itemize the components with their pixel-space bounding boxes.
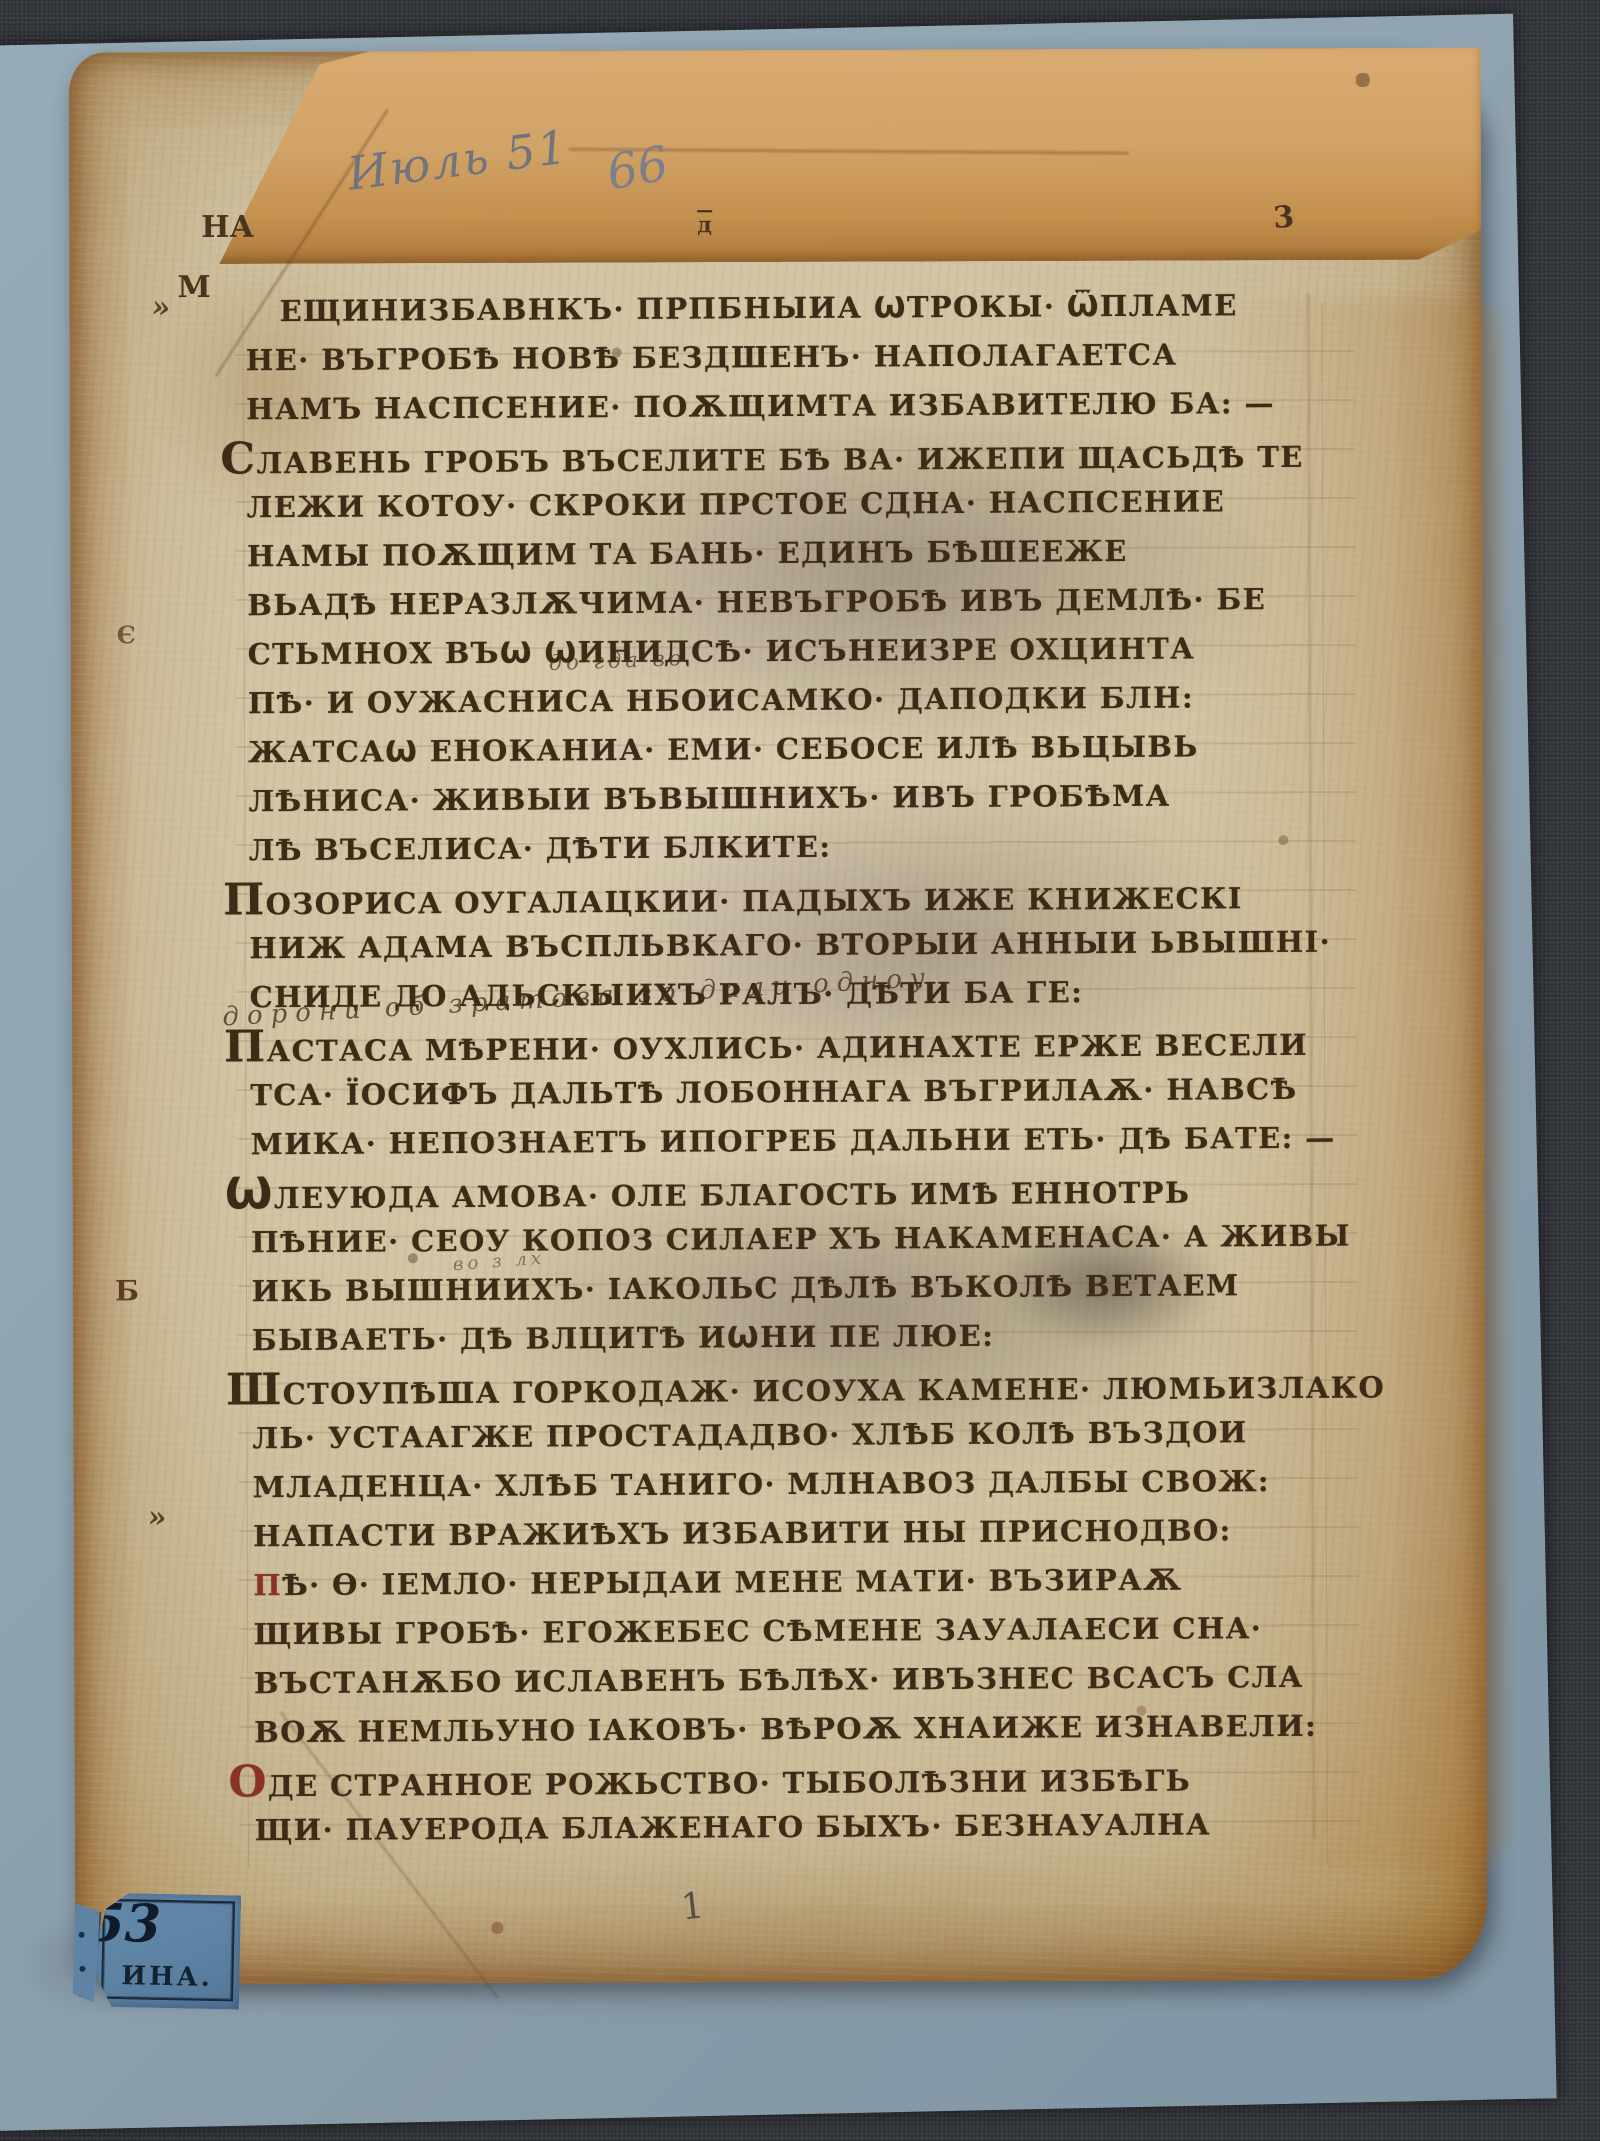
manuscript-line: ЩИ· ПАУЕРОДА БЛАЖЕНАГО БЫХЪ· БЕЗНАУАЛНА [255,1800,1363,1856]
manuscript-line: НЕ· ВЪГРОБѢ НОВѢ БЕЗДШЕНЪ· НАПОЛАГАЕТСА [246,330,1354,386]
text-fragment-na: НА [201,210,254,245]
manuscript-line: ВЪСТАНѪБО ИСЛАВЕНЪ БѢЛѢХ· ИВЪЗНЕС ВСАСЪ … [254,1653,1362,1709]
manuscript-line: ЛѢ ВЪСЕЛИСА· ДѢТИ БЛКИТЕ: [249,820,1357,876]
manuscript-line: НИЖ АДАМА ВЪСПЛЬВКАГО· ВТОРЫИ АННЫИ ЬВЫШ… [249,918,1357,974]
manuscript-line: ЕЩИНИЗБАВНКЪ· ПРПБНЫИА ѠТРОКЫ· ѾПЛАМЕ [279,281,1353,337]
manuscript-line: СТЬМНОХ ВЪѠ ѠИНИДСѢ· ИСЪНЕИЗРЕ ОХЦИНТА [247,624,1355,680]
margin-mark-b: Б [115,1274,139,1307]
text-fragment-m: М [177,270,210,305]
library-label: 53 ИНА. [91,1892,241,2009]
manuscript-line: СНИДЕ ДО АДЬСКЫИХЪ РАЛЪ· ДѢТИ БА ГЕ: [250,967,1358,1023]
margin-chevron-mid: » [146,1499,168,1536]
manuscript-line: НАПАСТИ ВРАЖИѢХЪ ИЗБАВИТИ НЫ ПРИСНОДВО: [253,1506,1361,1562]
folio-number-bottom: 1 [679,1885,706,1928]
label-caption: ИНА. [121,1961,213,1993]
manuscript-line: ПОЗОРИСА ОУГАЛАЦКИИ· ПАДЫХЪ ИЖЕ КНИЖЕСКI [249,869,1357,925]
manuscript-line: ВЬАДѢ НЕРАЗЛѪЧИМА· НЕВЪГРОБѢ ИВЪ ДЕМЛѢ· … [247,575,1355,631]
manuscript-line: СЛАВЕНЬ ГРОБЪ ВЪСЕЛИТЕ БѢ ВА· ИЖЕПИ ЩАСЬ… [246,428,1354,484]
manuscript-line: ТСА· ЇОСИФЪ ДАЛЬТѢ ЛОБОННАГА ВЪГРИЛАѪ· Н… [250,1065,1358,1121]
manuscript-line: ПѢ· Ѳ· IЕМЛО· НЕРЫДАИ МЕНЕ МАТИ· ВЪЗИРАѪ [253,1555,1361,1611]
manuscript-line: ОДЕ СТРАННОЕ РОЖЬСТВО· ТЫБОЛѢЗНИ ИЗБѢГЬ [254,1751,1362,1807]
parchment-page: Июль 51 66 НА М » Є Б » д 3 1 до гда во … [69,48,1488,1985]
folio-number-top-right: 3 [1272,200,1295,236]
margin-mark-e: Є [117,620,136,649]
ink-specks [69,52,73,56]
manuscript-line: ПАСТАСА МѢРЕНИ· ОУХЛИСЬ· АДИНАХТЕ ЕРЖЕ В… [250,1016,1358,1072]
manuscript-line: ЛѢНИСА· ЖИВЫИ ВЪВЫШНИХЪ· ИВЪ ГРОБѢМА [248,771,1356,827]
manuscript-line: ЖАТСАѠ ЕНОКАНИА· ЕМИ· СЕБОСЕ ИЛѢ ВЬЦЫВЬ [248,722,1356,778]
manuscript-line: НАМЪ НАСПСЕНИЕ· ПОѪЩИМТА ИЗБАВИТЕЛЮ БА: … [246,379,1354,435]
manuscript-line: НАМЫ ПОѪЩИМ ТА БАНЬ· ЕДИНЪ БѢШЕЕЖЕ [247,526,1355,582]
manuscript-line: ВОѪ НЕМЛЬУНО IАКОВЪ· ВѢРОѪ ХНАИЖЕ ИЗНАВЕ… [254,1702,1362,1758]
pencil-number: 66 [603,136,673,202]
manuscript-text-block: ЕЩИНИЗБАВНКЪ· ПРПБНЫИА ѠТРОКЫ· ѾПЛАМЕ НЕ… [245,281,1363,1856]
manuscript-line: ЛЕЖИ КОТОУ· СКРОКИ ПРСТОЕ СДНА· НАСПСЕНИ… [247,477,1355,533]
manuscript-line: ШСТОУПѢША ГОРКОДАЖ· ИСОУХА КАМЕНЕ· ЛЮМЬИ… [252,1359,1360,1415]
manuscript-photo: { "scene": { "background_color": "#33363… [0,0,1600,2141]
superscript-titlo: д [697,210,712,238]
manuscript-line: ПѢНИЕ· СЕОУ КОПОЗ СИЛАЕР ХЪ НАКАМЕНАСА· … [251,1212,1359,1268]
manuscript-line: БЫВАЕТЬ· ДѢ ВЛЦИТѢ ИѠНИ ПЕ ЛЮЕ: [252,1310,1360,1366]
manuscript-line: МИКА· НЕПОЗНАЕТЪ ИПОГРЕБ ДАЛЬНИ ЕТЬ· ДѢ … [250,1114,1358,1170]
margin-chevron-top: » [149,289,172,326]
manuscript-line: ЩИВЫ ГРОБѢ· ЕГОЖЕБЕС СѢМЕНЕ ЗАУАЛАЕСИ СН… [253,1604,1361,1660]
manuscript-line: ѠЛЕУЮДА АМОВА· ОЛЕ БЛАГОСТЬ ИМѢ ЕННОТРЬ [251,1163,1359,1219]
manuscript-line: ПѢ· И ОУЖАСНИСА НБОИСАМКО· ДАПОДКИ БЛН: [248,673,1356,729]
manuscript-line: ЛЬ· УСТААГЖЕ ПРОСТАДАДВО· ХЛѢБ КОЛѢ ВЪЗД… [252,1408,1360,1464]
manuscript-line: МЛАДЕНЦА· ХЛѢБ ТАНИГО· МЛНАВОЗ ДАЛБЫ СВО… [253,1457,1361,1513]
manuscript-line: ИКЬ ВЫШНИИХЪ· IАКОЛЬС ДѢЛѢ ВЪКОЛѢ ВЕТАЕМ [251,1261,1359,1317]
